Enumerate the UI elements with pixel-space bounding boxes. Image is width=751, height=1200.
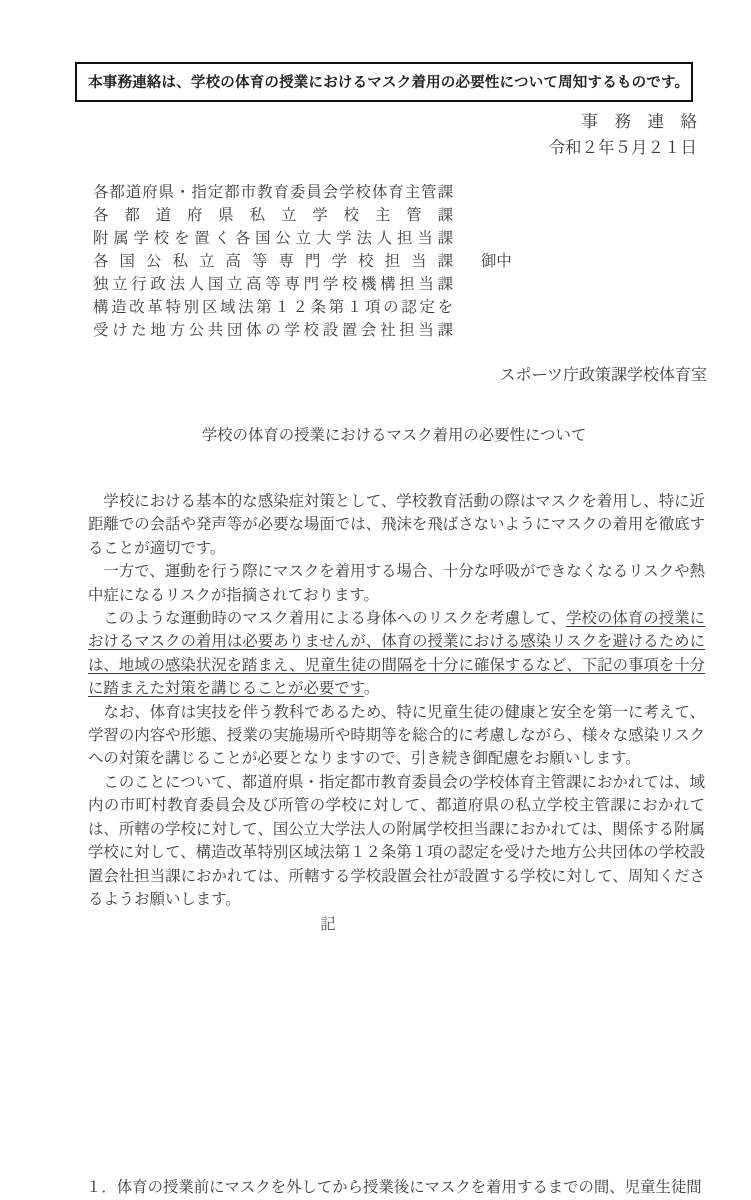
recipient-line: 各都道府県私立学校主管課	[93, 204, 453, 227]
sender-line: スポーツ庁政策課学校体育室	[500, 362, 707, 385]
recipient-list: 各都道府県・指定都市教育委員会学校体育主管課各都道府県私立学校主管課附属学校を置…	[93, 181, 453, 342]
record-marker: 記	[88, 912, 568, 934]
notice-box-text: 本事務連絡は、学校の体育の授業におけるマスク着用の必要性について周知するものです…	[88, 75, 689, 91]
body-paragraph: なお、体育は実技を伴う教科であるため、特に児童生徒の健康と安全を第一に考えて、学…	[88, 701, 705, 771]
list-item: １．体育の授業前にマスクを外してから授業後にマスクを着用するまでの間、児童生徒間	[86, 1176, 726, 1199]
page-title: 学校の体育の授業におけるマスク着用の必要性について	[88, 423, 700, 445]
scanned-document-page: 本事務連絡は、学校の体育の授業におけるマスク着用の必要性について周知するものです…	[0, 0, 751, 1200]
numbered-list: １．体育の授業前にマスクを外してから授業後にマスクを着用するまでの間、児童生徒間	[86, 1176, 726, 1199]
document-date: 令和２年５月２１日	[549, 135, 698, 161]
document-meta: 事 務 連 絡 令和２年５月２１日	[549, 109, 698, 161]
recipient-line: 附属学校を置く各国公立大学法人担当課	[93, 227, 453, 250]
body-paragraph: 一方で、運動を行う際にマスクを着用する場合、十分な呼吸ができなくなるリスクや熱中…	[88, 560, 705, 607]
body-paragraph: 学校における基本的な感染症対策として、学校教育活動の際はマスクを着用し、特に近距…	[88, 490, 705, 560]
body-paragraph: このことについて、都道府県・指定都市教育委員会の学校体育主管課におかれては、域内…	[88, 771, 705, 911]
body-text: 学校における基本的な感染症対策として、学校教育活動の際はマスクを着用し、特に近距…	[88, 490, 705, 911]
honorific-label: 御中	[481, 250, 512, 273]
recipient-line: 受けた地方公共団体の学校設置会社担当課	[93, 319, 453, 342]
recipient-line: 構造改革特別区域法第１２条第１項の認定を	[93, 296, 453, 319]
recipient-line: 各国公私立高等専門学校担当課御中	[93, 250, 453, 273]
document-type: 事 務 連 絡	[549, 109, 698, 135]
recipient-line: 各都道府県・指定都市教育委員会学校体育主管課	[93, 181, 453, 204]
notice-box: 本事務連絡は、学校の体育の授業におけるマスク着用の必要性について周知するものです…	[75, 62, 693, 102]
body-paragraph: このような運動時のマスク着用による身体へのリスクを考慮して、学校の体育の授業にお…	[88, 607, 705, 701]
recipient-line: 独立行政法人国立高等専門学校機構担当課	[93, 273, 453, 296]
